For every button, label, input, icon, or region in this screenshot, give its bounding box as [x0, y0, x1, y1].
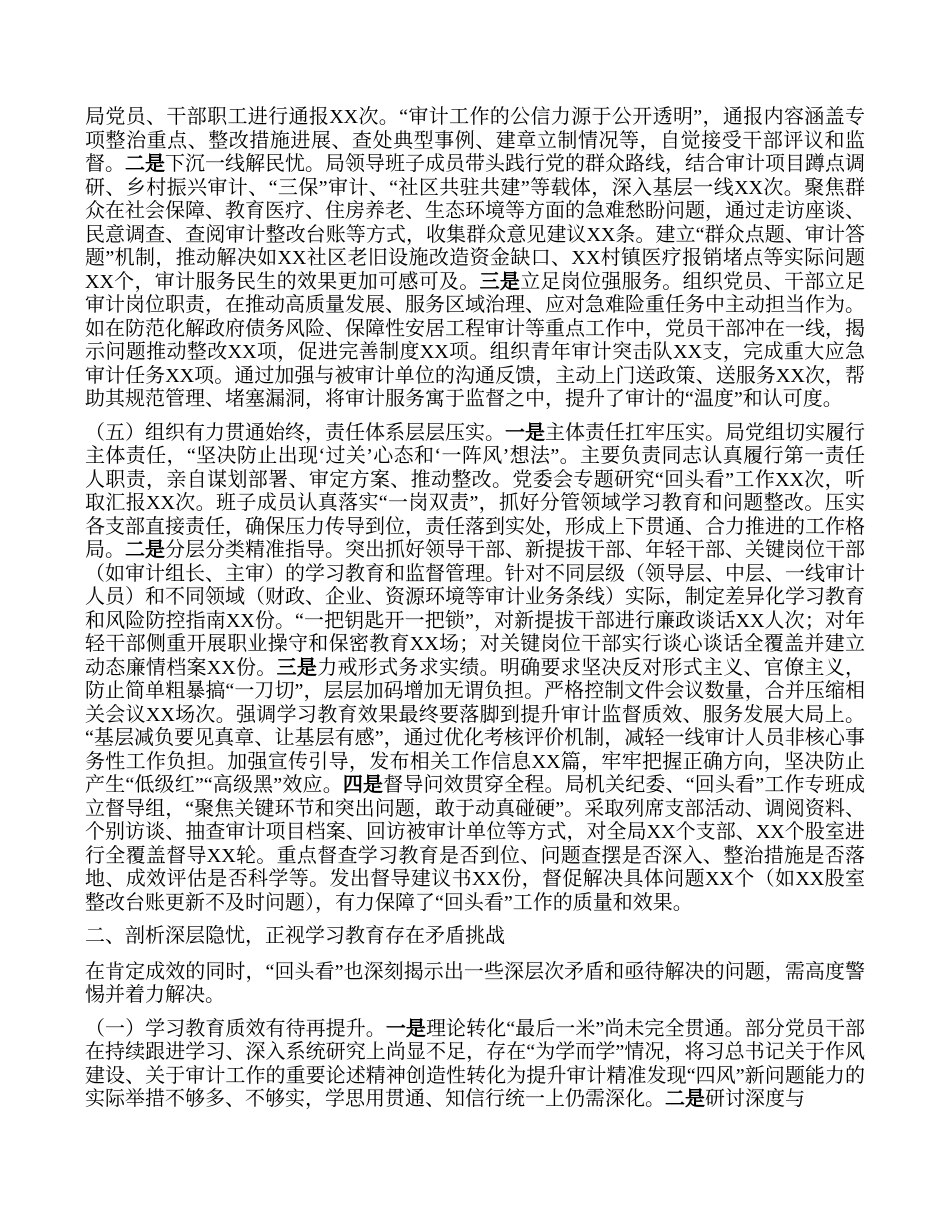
- section-heading: 二、剖析深层隐忧，正视学习教育存在矛盾挑战: [85, 925, 865, 949]
- paragraph: （五）组织有力贯通始终，责任体系层层压实。一是主体责任扛牢压实。局党组切实履行主…: [85, 422, 865, 916]
- text-run: 研讨深度与: [705, 1088, 805, 1110]
- text-run: 在肯定成效的同时，“回头看”也深刻揭示出一些深层次矛盾和亟待解决的问题，需高度警…: [85, 961, 865, 1007]
- emphasis-run: 二是: [125, 539, 165, 561]
- emphasis-run: 二是: [665, 1088, 705, 1110]
- paragraph: 在肯定成效的同时，“回头看”也深刻揭示出一些深层次矛盾和亟待解决的问题，需高度警…: [85, 961, 865, 1008]
- paragraph: （一）学习教育质效有待再提升。一是理论转化“最后一米”尚未完全贯通。部分党员干部…: [85, 1018, 865, 1112]
- text-run: （五）组织有力贯通始终，责任体系层层压实。: [85, 422, 505, 444]
- emphasis-run: 一是: [505, 422, 545, 444]
- emphasis-run: 二是: [125, 153, 165, 175]
- document-body: 局党员、干部职工进行通报XX次。“审计工作的公信力源于公开透明”，通报内容涵盖专…: [85, 106, 865, 1112]
- paragraph: 局党员、干部职工进行通报XX次。“审计工作的公信力源于公开透明”，通报内容涵盖专…: [85, 106, 865, 412]
- emphasis-run: 四是: [343, 774, 383, 796]
- emphasis-run: 一是: [386, 1018, 426, 1040]
- emphasis-run: 三是: [480, 271, 521, 293]
- text-run: （一）学习教育质效有待再提升。: [85, 1018, 386, 1040]
- text-run: 二、剖析深层隐忧，正视学习教育存在矛盾挑战: [85, 925, 505, 947]
- document-page: 局党员、干部职工进行通报XX次。“审计工作的公信力源于公开透明”，通报内容涵盖专…: [0, 0, 950, 1230]
- emphasis-run: 三是: [277, 657, 318, 679]
